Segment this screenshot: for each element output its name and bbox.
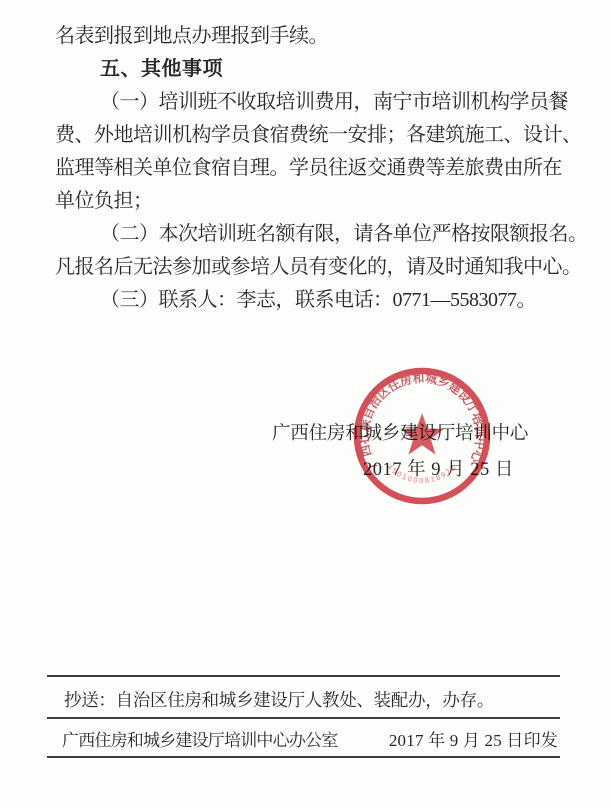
section-heading: 五、其他事项 (55, 53, 567, 86)
paragraph-2-line-2: 凡报名后无法参加或参培人员有变化的，请及时通知我中心。 (55, 251, 567, 284)
paragraph-1-line-3: 监理等相关单位食宿自理。学员往返交通费等差旅费由所在 (55, 152, 567, 185)
official-red-seal: 广西壮族自治区住房和城乡建设厅培训中心 4501000818978 (347, 361, 497, 511)
issuing-office: 广西住房和城乡建设厅培训中心办公室 (62, 726, 337, 751)
paragraph-1-line-4: 单位负担； (55, 185, 567, 218)
cc-distribution-line: 抄送：自治区住房和城乡建设厅人教处、装配办，办存。 (64, 687, 494, 712)
seal-star-icon (400, 413, 444, 455)
paragraph-1-line-1: （一）培训班不收取培训费用，南宁市培训机构学员餐 (55, 86, 567, 119)
footer-divider-middle (47, 717, 560, 719)
body-line-continuation: 名表到报到地点办理报到手续。 (55, 20, 567, 53)
document-body: 名表到报到地点办理报到手续。 五、其他事项 （一）培训班不收取培训费用，南宁市培… (55, 20, 567, 317)
footer-divider-bottom (47, 756, 560, 758)
footer-divider-top (47, 675, 560, 677)
paragraph-2-line-1: （二）本次培训班名额有限，请各单位严格按限额报名。 (55, 218, 567, 251)
scanned-notice-page: 名表到报到地点办理报到手续。 五、其他事项 （一）培训班不收取培训费用，南宁市培… (0, 0, 612, 807)
print-date: 2017 年 9 月 25 日印发 (389, 726, 558, 751)
contact-line: （三）联系人：李志，联系电话：0771—5583077。 (55, 284, 567, 317)
paragraph-1-line-2: 费、外地培训机构学员食宿费统一安排；各建筑施工、设计、 (55, 119, 567, 152)
seal-code-number: 4501000818978 (385, 463, 458, 485)
